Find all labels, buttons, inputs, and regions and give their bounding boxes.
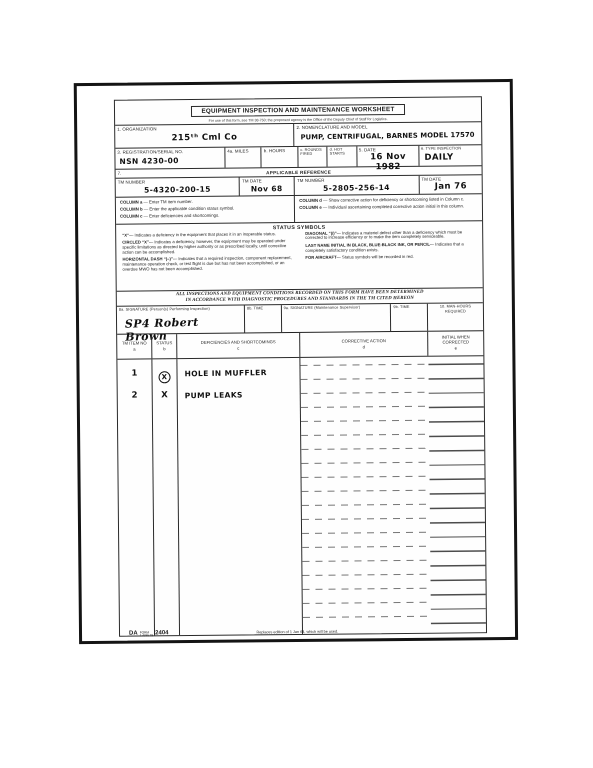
type-inspection-label: 6. TYPE INSPECTION	[419, 145, 481, 152]
status-symbol-initial: LAST NAME INITIAL IN BLACK, BLUE-BLACK I…	[305, 242, 478, 253]
manhours-field: 10. MAN-HOURS REQUIRED	[428, 303, 483, 331]
header-deficiencies-text: DEFICIENCIES AND SHORTCOMINGS	[201, 340, 276, 346]
hours-field: b. HOURS	[262, 147, 299, 167]
replaces-note: Replaces edition of 1 Jan 64, which will…	[256, 629, 338, 635]
row2-item-no: 2	[118, 390, 152, 401]
rounds-fired-field: c. ROUNDS FIRED	[298, 147, 327, 167]
status-symbol-x-term: “X”	[122, 232, 129, 237]
header-tm-item-no: TM ITEM NO a	[117, 335, 152, 359]
header-status-letter: b	[163, 347, 165, 352]
miles-field: 4a. MILES	[225, 147, 262, 167]
tm1-date-value: Nov 68	[240, 184, 294, 194]
instruction-a: COLUMN a — Enter TM item number.	[120, 198, 291, 205]
status-symbol-aircraft: FOR AIRCRAFT— Status symbols will be rec…	[305, 254, 478, 261]
instruction-a-label: COLUMN a	[120, 199, 143, 204]
tm2-date-value: Jan 76	[419, 181, 481, 192]
status-symbols-section: “X”— Indicates a deficiency in the equip…	[116, 230, 483, 291]
da-label: DA	[129, 631, 138, 637]
header-corrective-action: CORRECTIVE ACTION d	[300, 332, 428, 357]
row1-item-no: 1	[117, 368, 151, 379]
header-initial-when-corrected: INITIAL WHEN CORRECTED e	[428, 331, 483, 356]
circled-x-status-icon: X	[159, 371, 171, 383]
header-corrective-action-text: CORRECTIVE ACTION	[342, 339, 386, 344]
tm2-number-field: TM NUMBER 5-2805-256-14	[295, 176, 420, 195]
instruction-d: COLUMN d — Show corrective action for de…	[299, 196, 479, 203]
instruction-a-text: — Enter TM item number.	[144, 198, 193, 203]
inspector-time-label: 8b. TIME	[245, 305, 281, 311]
tm1-date-field: TM DATE Nov 68	[240, 177, 295, 196]
status-symbol-diagonal: DIAGONAL “(/)”— Indicates a materiel def…	[305, 230, 478, 241]
organization-value: 215ᵗʰ Cml Co	[115, 132, 293, 145]
inspector-signature-label: 8a. SIGNATURE (Person(s) Performing Insp…	[117, 306, 244, 313]
column-corrective-action	[300, 357, 431, 634]
header-deficiencies: DEFICIENCIES AND SHORTCOMINGS c	[177, 333, 300, 358]
column-initial-when-corrected	[428, 356, 486, 633]
type-inspection-value: DAILY	[419, 152, 481, 163]
instruction-b-text: — Enter the applicable condition status …	[144, 205, 235, 211]
column-instructions-right: COLUMN d — Show corrective action for de…	[295, 194, 482, 222]
hot-starts-field: d. HOT STARTS	[328, 146, 357, 166]
instruction-c-label: COLUMN c	[120, 213, 143, 218]
status-symbol-aircraft-desc: — Status symbols will be recorded in red…	[337, 254, 414, 260]
row2-deficiency: PUMP LEAKS	[185, 391, 243, 401]
inspector-signature-field: 8a. SIGNATURE (Person(s) Performing Insp…	[117, 306, 245, 334]
status-symbols-left: “X”— Indicates a deficiency in the equip…	[116, 231, 300, 290]
instruction-b-label: COLUMN b	[120, 206, 143, 211]
organization-label: 1. ORGANIZATION	[115, 124, 293, 132]
instruction-c: COLUMN c — Enter deficiencies and shortc…	[120, 212, 291, 219]
scanned-document-page: EQUIPMENT INSPECTION AND MAINTENANCE WOR…	[0, 0, 593, 768]
status-symbol-circled-x: CIRCLED “X”— Indicates a deficiency, how…	[122, 239, 295, 255]
tm1-number-value: 5-4320-200-15	[116, 184, 240, 195]
status-symbol-x: “X”— Indicates a deficiency in the equip…	[122, 232, 295, 239]
table-body: 1 2 X X HOLE IN MUFFLER PUMP LEAKS	[117, 356, 486, 636]
instruction-d-label: COLUMN d	[299, 197, 322, 202]
reference-item-number: 7.	[118, 171, 122, 176]
column-instructions: COLUMN a — Enter TM item number. COLUMN …	[116, 194, 482, 225]
tm1-number-field: TM NUMBER 5-4320-200-15	[116, 178, 241, 197]
tm-date-label: TM DATE	[240, 177, 294, 184]
nomenclature-field: 2. NOMENCLATURE AND MODEL PUMP, CENTRIFU…	[294, 122, 481, 146]
tm2-date-field: TM DATE Jan 76	[419, 175, 481, 194]
instruction-e-text: — Individual ascertaining completed corr…	[323, 203, 464, 209]
header-tm-item-no-letter: a	[133, 347, 135, 352]
title-band: EQUIPMENT INSPECTION AND MAINTENANCE WOR…	[115, 97, 481, 126]
registration-field: 3. REGISTRATION/SERIAL NO. NSN 4230-00	[115, 148, 225, 169]
supervisor-signature-field: 9a. SIGNATURE (Maintenance Supervisor)	[282, 304, 392, 332]
row2-status: X	[153, 390, 177, 400]
header-initial-letter: e	[455, 347, 457, 352]
instruction-e-label: COLUMN e	[299, 204, 322, 209]
hot-starts-label: d. HOT STARTS	[328, 146, 356, 155]
status-symbol-aircraft-term: FOR AIRCRAFT	[305, 255, 336, 260]
form-edition-stack: FORM 1 APR 79	[140, 630, 154, 637]
status-symbols-right: DIAGONAL “(/)”— Indicates a materiel def…	[299, 230, 483, 289]
column-deficiencies: HOLE IN MUFFLER PUMP LEAKS	[177, 358, 303, 635]
inspector-time-field: 8b. TIME	[245, 305, 282, 332]
column-tm-item-no: 1 2	[117, 360, 155, 636]
nomenclature-label: 2. NOMENCLATURE AND MODEL	[294, 122, 481, 130]
header-status-text: STATUS	[156, 341, 172, 346]
form-edition-date: 1 APR 79	[140, 633, 154, 637]
rounds-fired-label: c. ROUNDS FIRED	[298, 147, 326, 156]
header-status: STATUS b	[152, 334, 177, 358]
instruction-b: COLUMN b — Enter the applicable conditio…	[120, 205, 291, 212]
instruction-c-text: — Enter deficiencies and shortcomings.	[144, 212, 220, 218]
header-tm-item-no-text: TM ITEM NO	[122, 341, 147, 346]
miles-label: 4a. MILES	[225, 147, 261, 153]
column-instructions-left: COLUMN a — Enter TM item number. COLUMN …	[116, 196, 296, 224]
nomenclature-value: PUMP, CENTRIFUGAL, BARNES MODEL 17570	[295, 131, 482, 142]
registration-label: 3. REGISTRATION/SERIAL NO.	[115, 148, 224, 155]
status-symbol-dash: HORIZONTAL DASH “(–)”— Indicates that a …	[122, 256, 295, 272]
form-title: EQUIPMENT INSPECTION AND MAINTENANCE WOR…	[190, 104, 405, 117]
supervisor-signature-label: 9a. SIGNATURE (Maintenance Supervisor)	[282, 304, 391, 311]
header-corrective-action-letter: d	[363, 345, 365, 350]
row1-status: X	[153, 366, 177, 384]
row1-deficiency: HOLE IN MUFFLER	[184, 368, 266, 378]
organization-field: 1. ORGANIZATION 215ᵗʰ Cml Co	[115, 124, 295, 148]
column-status: X X	[153, 359, 181, 635]
supervisor-time-label: 9b. TIME	[391, 304, 427, 310]
header-initial-text: INITIAL WHEN CORRECTED	[428, 335, 483, 345]
registration-value: NSN 4230-00	[115, 155, 224, 166]
type-inspection-field: 6. TYPE INSPECTION DAILY	[419, 145, 481, 166]
date-field: 5. DATE 16 Nov 1982	[357, 146, 419, 167]
instruction-d-text: — Show corrective action for deficiency …	[323, 196, 464, 202]
header-deficiencies-letter: c	[237, 346, 239, 351]
table-header: TM ITEM NO a STATUS b DEFICIENCIES AND S…	[117, 331, 483, 360]
signature-row: 8a. SIGNATURE (Person(s) Performing Insp…	[117, 302, 483, 335]
tm2-number-value: 5-2805-256-14	[295, 182, 419, 193]
form-number: 2404	[155, 630, 168, 636]
da-form-2404: EQUIPMENT INSPECTION AND MAINTENANCE WOR…	[114, 96, 487, 637]
scan-tilt-wrapper: EQUIPMENT INSPECTION AND MAINTENANCE WOR…	[0, 0, 593, 768]
hours-label: b. HOURS	[262, 147, 298, 153]
manhours-label: 10. MAN-HOURS REQUIRED	[428, 303, 483, 315]
supervisor-time-field: 9b. TIME	[391, 304, 428, 331]
instruction-e: COLUMN e — Individual ascertaining compl…	[299, 203, 479, 210]
x-status-icon: X	[161, 390, 168, 400]
